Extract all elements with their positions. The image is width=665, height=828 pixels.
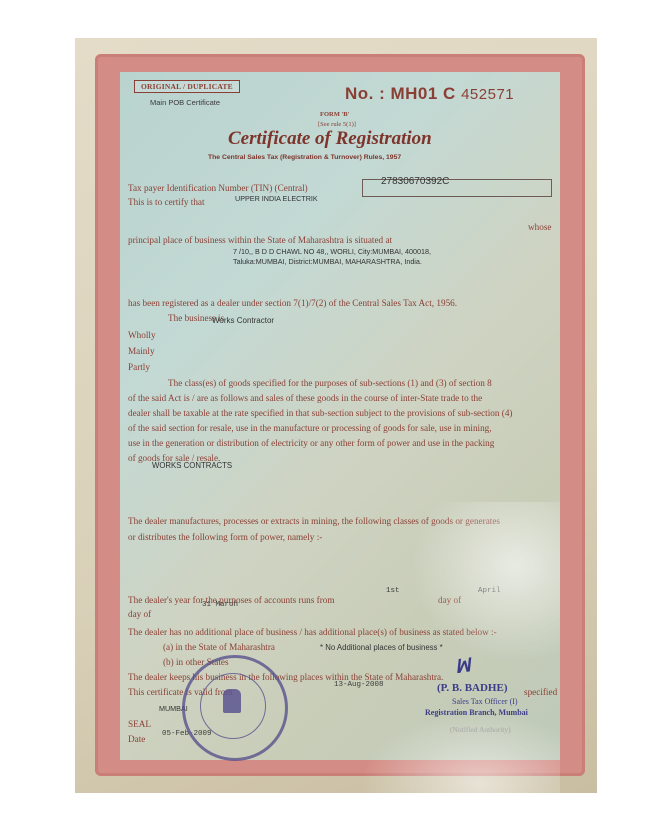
specified-label: specified	[524, 687, 557, 697]
certificate-photo: ORIGINAL / DUPLICATE Main POB Certificat…	[75, 38, 597, 793]
goods-line: dealer shall be taxable at the rate spec…	[128, 408, 512, 418]
certificate-number: No. : MH01 C 452571	[345, 84, 514, 104]
goods-line: of the said Act is / are as follows and …	[128, 393, 482, 403]
accounts-to-value: 31 March	[202, 601, 238, 609]
dealer-name: UPPER INDIA ELECTRIK	[235, 194, 318, 203]
accounts-from-day: 1st	[386, 587, 400, 595]
state-label: (a) in the State of Maharashtra	[163, 642, 275, 652]
certificate-number-value: 452571	[461, 86, 514, 103]
officer-name: (P. B. BADHE)	[437, 682, 508, 694]
tin-value: 27830670392C	[381, 176, 449, 187]
certificate-type: Main POB Certificate	[150, 98, 220, 107]
goods-line: The class(es) of goods specified for the…	[168, 378, 492, 388]
officer-title: Sales Tax Officer (I)	[452, 697, 518, 706]
decorative-border: ORIGINAL / DUPLICATE Main POB Certificat…	[95, 54, 585, 776]
goods-line: use in the generation or distribution of…	[128, 438, 494, 448]
place-label: principal place of business within the S…	[128, 235, 392, 245]
certificate-number-prefix: No. : MH01 C	[345, 84, 456, 103]
business-option-wholly: Wholly	[128, 330, 156, 340]
certificate-panel: ORIGINAL / DUPLICATE Main POB Certificat…	[120, 72, 560, 760]
tin-label: Tax payer Identification Number (TIN) (C…	[128, 183, 308, 193]
tin-box: 27830670392C	[362, 179, 552, 197]
copy-label: ORIGINAL / DUPLICATE	[134, 80, 240, 93]
registered-text: has been registered as a dealer under se…	[128, 298, 457, 308]
business-option-mainly: Mainly	[128, 346, 155, 356]
address-line-1: 7 /10,, B D D CHAWL NO 48,, WORLI, City:…	[233, 247, 431, 256]
warehouse-line: The dealer keeps his business in the fol…	[128, 672, 443, 682]
national-emblem-icon	[223, 689, 241, 713]
form-label: FORM 'B'	[320, 111, 349, 118]
page-subtitle: The Central Sales Tax (Registration & Tu…	[208, 154, 401, 161]
photo-glare	[410, 502, 560, 662]
page-title: Certificate of Registration	[228, 128, 432, 150]
day-of-label-2: day of	[128, 609, 151, 619]
rule-reference: [See rule 5(1)]	[318, 121, 356, 128]
whose-label: whose	[528, 222, 551, 232]
valid-from-date: 13-Aug-2008	[334, 681, 384, 689]
seal-label: SEAL	[128, 719, 151, 729]
address-line-2: Taluka:MUMBAI, District:MUMBAI, MAHARASH…	[233, 257, 422, 266]
business-value: Works Contractor	[212, 316, 274, 325]
manufacture-line-2: or distributes the following form of pow…	[128, 532, 322, 542]
photo-glare	[360, 712, 560, 802]
date-label: Date	[128, 734, 145, 744]
certify-label: This is to certify that	[128, 197, 205, 207]
goods-value: WORKS CONTRACTS	[152, 461, 232, 470]
goods-line: of the said section for resale, use in t…	[128, 423, 492, 433]
business-option-partly: Partly	[128, 362, 150, 372]
